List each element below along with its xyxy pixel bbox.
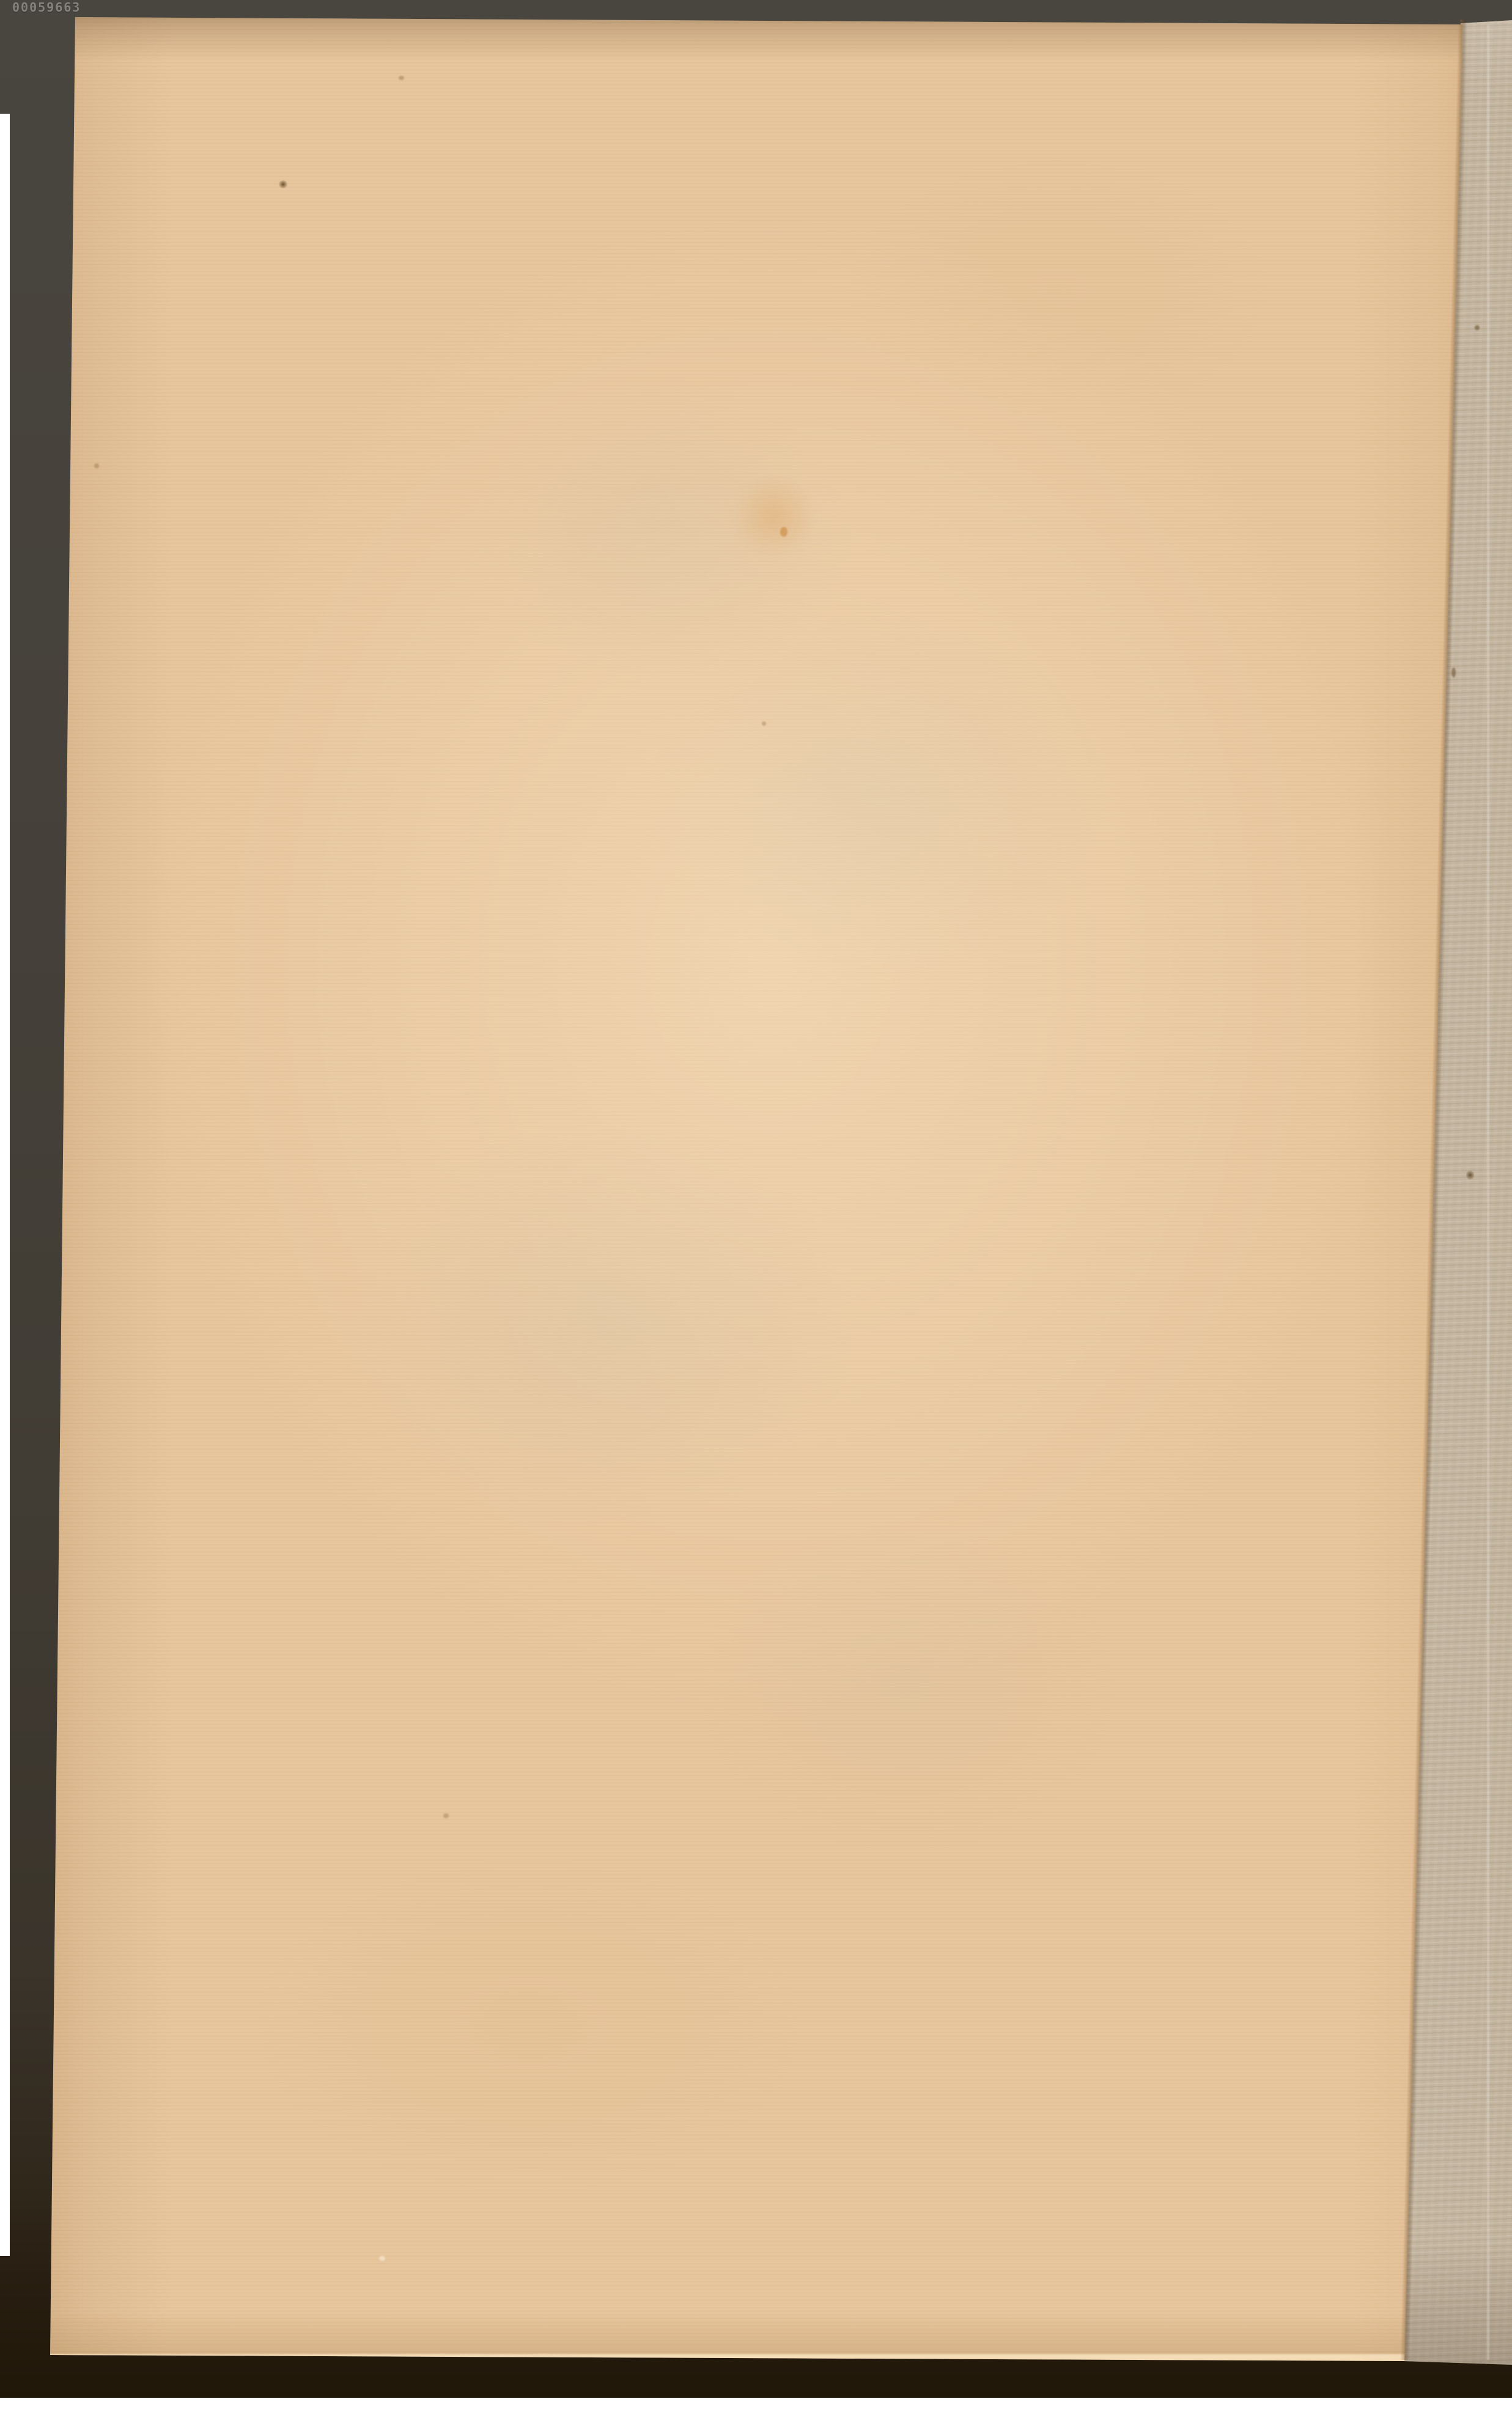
paper-speck (399, 76, 404, 80)
scan-id-watermark: 00059663 (12, 1, 81, 14)
paper-highlight-speck (379, 2256, 385, 2261)
paper-speck (1466, 1170, 1474, 1180)
paper-speck (443, 1813, 449, 1818)
paper-mottling (0, 0, 1512, 2410)
paper-speck (780, 527, 787, 537)
paper-speck (278, 180, 288, 188)
paper-speck (762, 721, 766, 726)
book-page-blank (0, 0, 1512, 2410)
frame-edge-left (0, 114, 10, 2256)
scanned-book-photo: 00059663 (0, 0, 1512, 2410)
paper-speck (1475, 325, 1480, 330)
paper-speck (94, 463, 99, 468)
fore-edge-seam (1487, 24, 1489, 2360)
page-edge-nick (1451, 668, 1456, 677)
paper-stain (728, 477, 819, 556)
